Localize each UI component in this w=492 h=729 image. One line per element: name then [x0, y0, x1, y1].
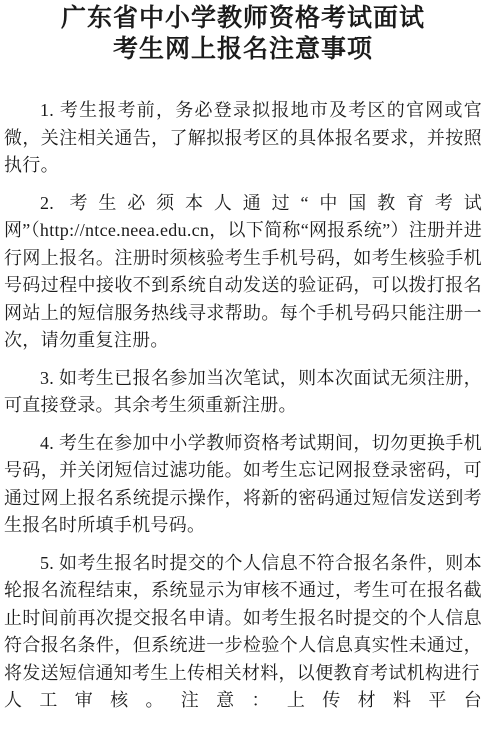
title-line-2: 考生网上报名注意事项 — [4, 34, 482, 65]
notice-paragraph-5: 5. 如考生报名时提交的个人信息不符合报名条件，则本轮报名流程结束，系统显示为审… — [4, 550, 482, 688]
notice-paragraph-3: 3. 如考生已报名参加当次笔试，则本次面试无须注册，可直接登录。其余考生须重新注… — [4, 365, 482, 420]
document-page: 广东省中小学教师资格考试面试 考生网上报名注意事项 1. 考生报考前，务必登录拟… — [0, 0, 492, 729]
title-line-1: 广东省中小学教师资格考试面试 — [4, 3, 482, 34]
notice-paragraph-1: 1. 考生报考前，务必登录拟报地市及考区的官网或官微，关注相关通告，了解拟报考区… — [4, 97, 482, 180]
notice-paragraph-5-continuation: 人工审核。注意：上传材料平台 — [4, 687, 482, 715]
document-title: 广东省中小学教师资格考试面试 考生网上报名注意事项 — [4, 3, 482, 65]
notice-paragraph-2: 2. 考生必须本人通过“中国教育考试网”（http://ntce.neea.ed… — [4, 190, 482, 355]
document-body: 1. 考生报考前，务必登录拟报地市及考区的官网或官微，关注相关通告，了解拟报考区… — [4, 97, 482, 715]
notice-paragraph-4: 4. 考生在参加中小学教师资格考试期间，切勿更换手机号码，并关闭短信过滤功能。如… — [4, 430, 482, 540]
